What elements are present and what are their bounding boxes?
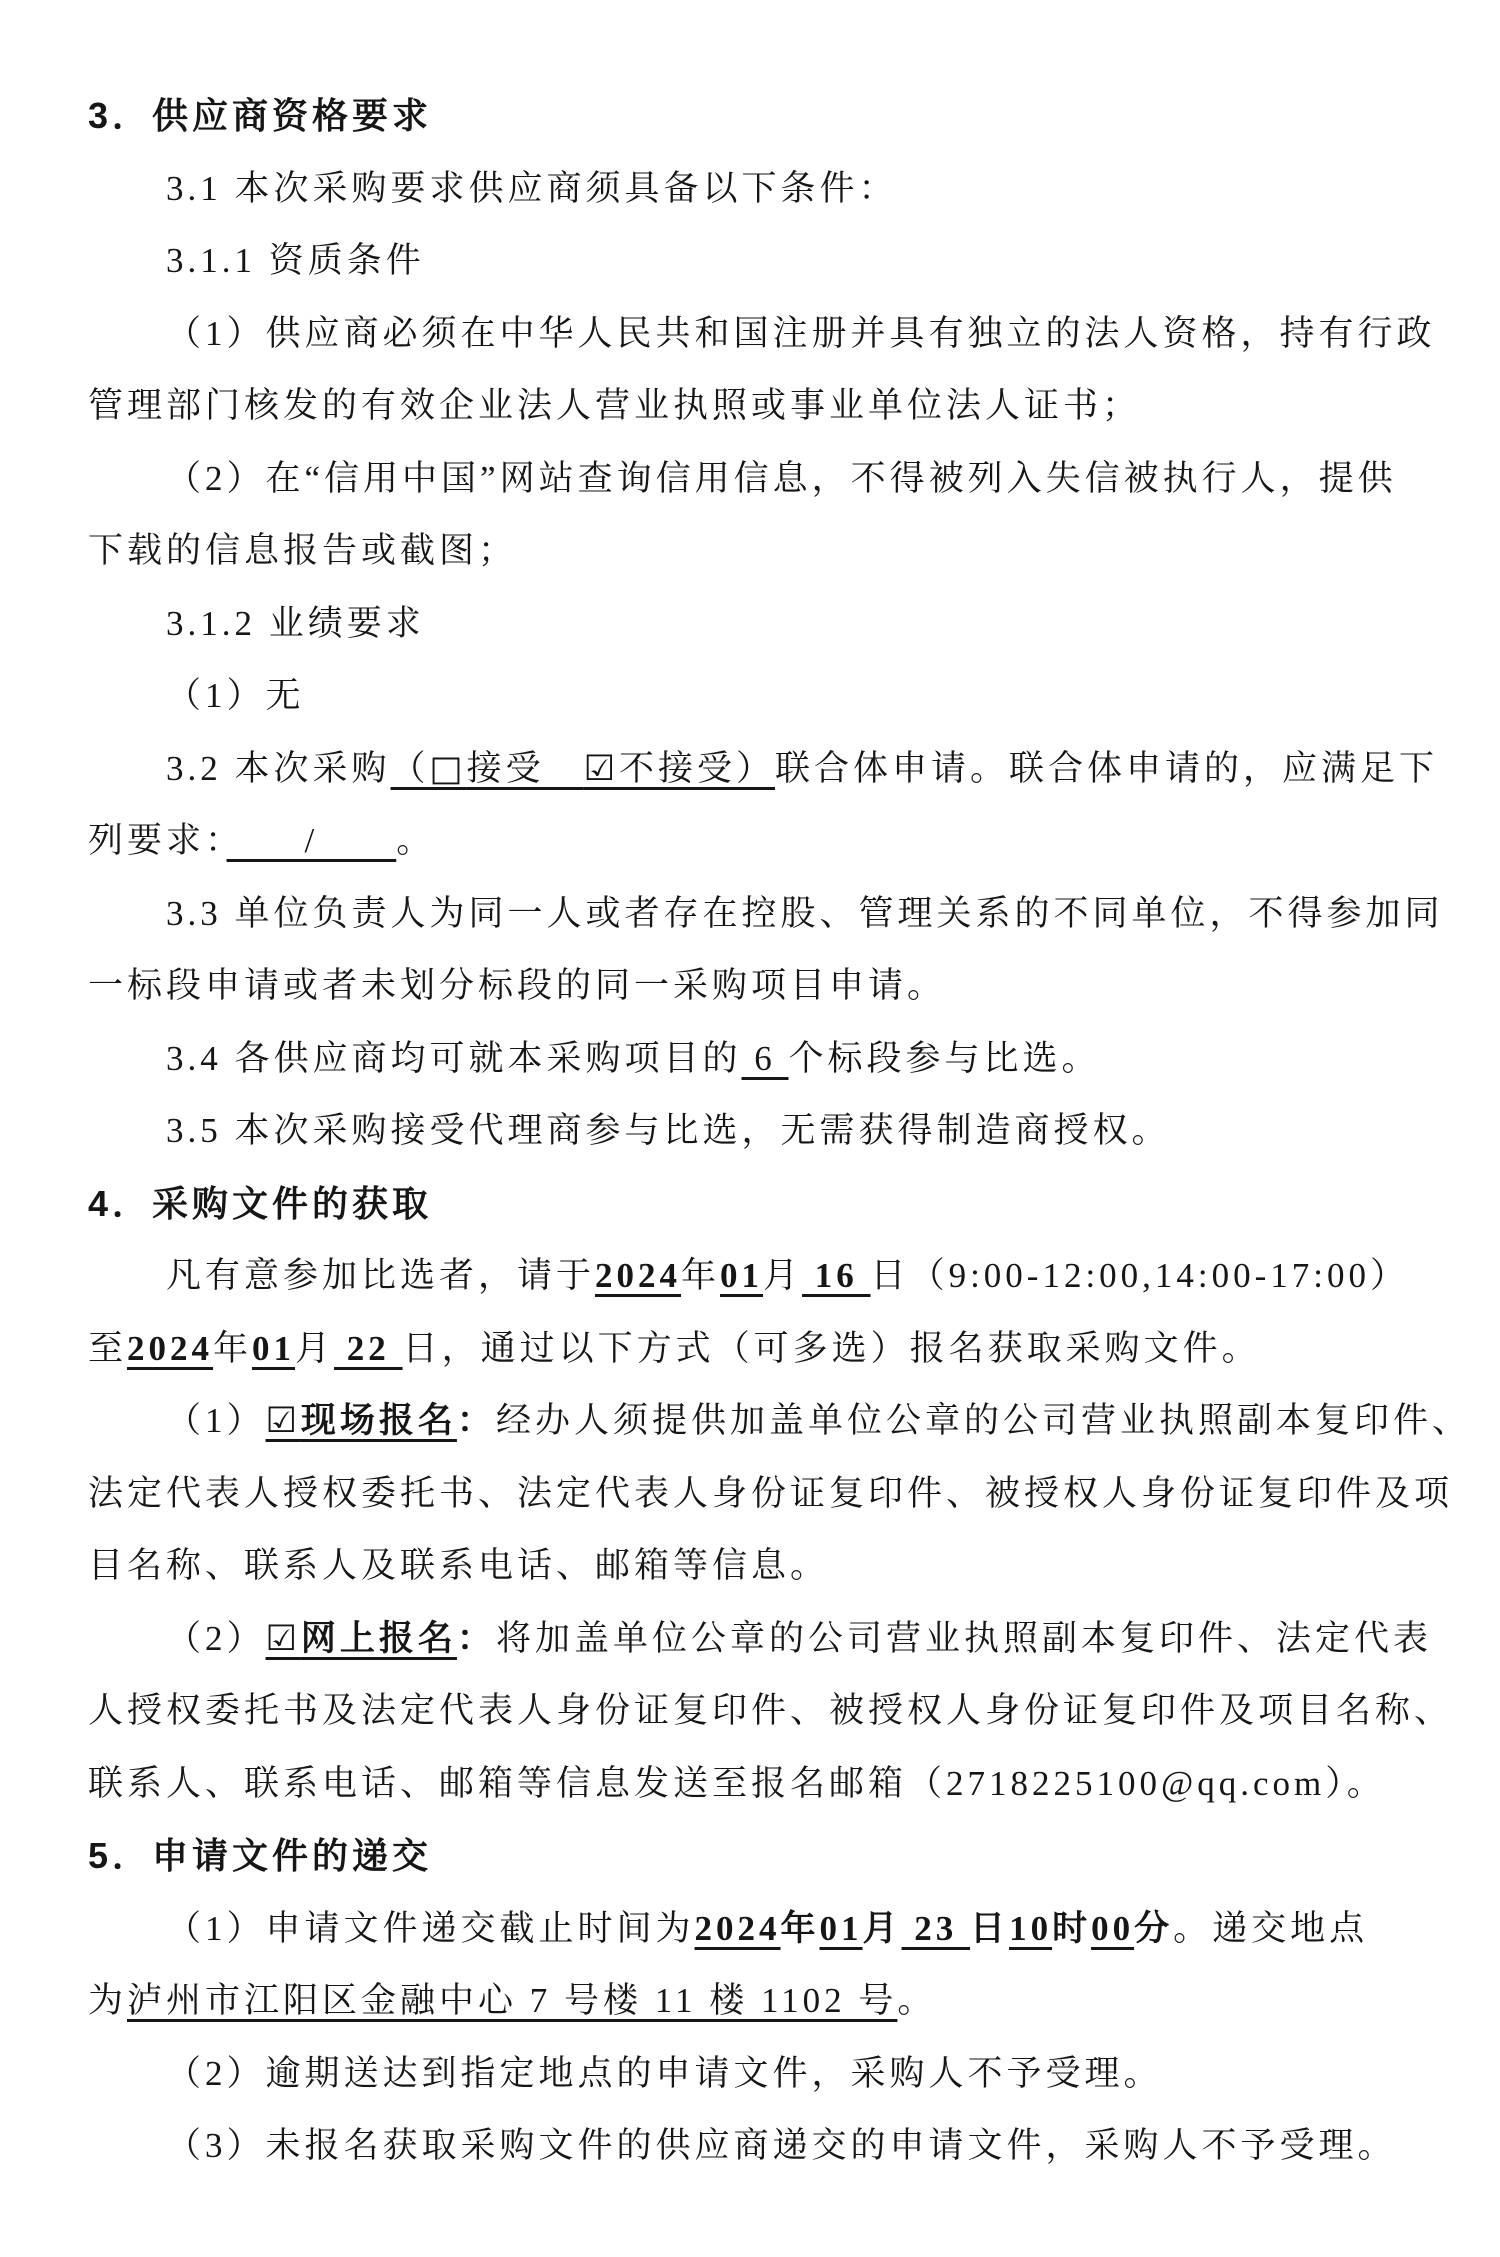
obtain-end-day-unit: 日 <box>403 1329 442 1368</box>
para-3-4-pre: 3.4 各供应商均可就本采购项目的 <box>166 1039 742 1078</box>
para-5-item2: （2）逾期送达到指定地点的申请文件，采购人不予受理。 <box>88 2038 1440 2111</box>
checkbox-unchecked-icon: □ <box>430 749 467 789</box>
deadline-day-unit: 日 <box>970 1909 1009 1948</box>
section-3-heading: 3．供应商资格要求 <box>88 80 1440 153</box>
para-5-item1-line2-pre: 为 <box>88 1981 127 2020</box>
para-4-item1-line1: （1）☑现场报名：经办人须提供加盖单位公章的公司营业执照副本复印件、 <box>88 1385 1440 1458</box>
obtain-start-month: 01 <box>720 1256 763 1295</box>
section-4-heading: 4．采购文件的获取 <box>88 1168 1440 1241</box>
checkbox-checked-icon: ☑ <box>266 1619 301 1659</box>
para-4-item2-rest: 将加盖单位公章的公司营业执照副本复印件、法定代表 <box>496 1619 1432 1658</box>
deadline-hour-unit: 时 <box>1052 1909 1091 1948</box>
section-5-heading: 5．申请文件的递交 <box>88 1820 1440 1893</box>
deadline-year: 2024 <box>695 1909 781 1948</box>
deadline-month: 01 <box>820 1909 863 1948</box>
deadline-day: 23 <box>902 1909 971 1948</box>
para-4-intro-pre: 凡有意参加比选者，请于 <box>166 1256 595 1295</box>
para-4-item2-num: （2） <box>166 1619 266 1658</box>
para-4-item1-line2: 法定代表人授权委托书、法定代表人身份证复印件、被授权人身份证复印件及项 <box>88 1458 1440 1531</box>
para-3-1-1-item2-line1: （2）在“信用中国”网站查询信用信息，不得被列入失信被执行人，提供 <box>88 443 1440 516</box>
obtain-start-day-unit: 日 <box>871 1256 910 1295</box>
para-3-2-text-pre: 3.2 本次采购 <box>166 749 391 788</box>
para-4-intro-to: 至 <box>88 1329 127 1368</box>
deadline-hour: 10 <box>1009 1909 1052 1948</box>
para-5-item1-mid: 。递交地点 <box>1173 1909 1368 1948</box>
online-registration-label: 网上报名 <box>301 1619 457 1658</box>
onsite-registration-label: 现场报名 <box>301 1401 457 1440</box>
blank-slash-field: / <box>227 821 397 860</box>
lot-count-value: 6 <box>742 1039 789 1078</box>
online-registration-option: ☑网上报名 <box>266 1619 457 1658</box>
para-3-2-text-post: 联合体申请。联合体申请的，应满足下 <box>775 749 1438 788</box>
para-3-3-line2: 一标段申请或者未划分标段的同一采购项目申请。 <box>88 950 1440 1023</box>
choice-accept-label: 接受 <box>467 749 584 788</box>
para-3-2-line1: 3.2 本次采购（□接受 ☑不接受）联合体申请。联合体申请的，应满足下 <box>88 733 1440 806</box>
checkbox-checked-icon: ☑ <box>266 1401 301 1441</box>
para-4-intro-line1: 凡有意参加比选者，请于2024年01月 16 日（9:00-12:00,14:0… <box>88 1240 1440 1313</box>
para-5-item1-line2: 为泸州市江阳区金融中心 7 号楼 11 楼 1102 号。 <box>88 1965 1440 2038</box>
para-3-5: 3.5 本次采购接受代理商参与比选，无需获得制造商授权。 <box>88 1095 1440 1168</box>
obtain-end-month-unit: 月 <box>295 1329 334 1368</box>
obtain-time-window: （9:00-12:00,14:00-17:00） <box>910 1256 1409 1295</box>
obtain-end-month: 01 <box>252 1329 295 1368</box>
para-3-4: 3.4 各供应商均可就本采购项目的 6 个标段参与比选。 <box>88 1023 1440 1096</box>
choice-reject-label: 不接受 <box>619 749 736 788</box>
para-3-1-2-item1: （1）无 <box>88 660 1440 733</box>
para-3-3-line1: 3.3 单位负责人为同一人或者存在控股、管理关系的不同单位，不得参加同 <box>88 878 1440 951</box>
para-3-1-2-title: 3.1.2 业绩要求 <box>88 588 1440 661</box>
online-registration-colon: ： <box>457 1619 496 1658</box>
para-4-item1-num: （1） <box>166 1401 266 1440</box>
para-4-item2-line2: 人授权委托书及法定代表人身份证复印件、被授权人身份证复印件及项目名称、 <box>88 1675 1440 1748</box>
obtain-start-month-unit: 月 <box>763 1256 802 1295</box>
para-3-2-line2-pre: 列要求： <box>88 821 227 860</box>
obtain-end-day: 22 <box>334 1329 403 1368</box>
para-4-item1-line3: 目名称、联系人及联系电话、邮箱等信息。 <box>88 1530 1440 1603</box>
obtain-start-year: 2024 <box>595 1256 681 1295</box>
para-5-item1-line2-end: 。 <box>897 1981 936 2020</box>
deadline-minute-unit: 分 <box>1134 1909 1173 1948</box>
obtain-start-year-unit: 年 <box>681 1256 720 1295</box>
submission-address: 泸州市江阳区金融中心 7 号楼 11 楼 1102 号 <box>127 1981 897 2020</box>
para-4-item1-rest: 经办人须提供加盖单位公章的公司营业执照副本复印件、 <box>496 1401 1471 1440</box>
para-5-item1-line1: （1）申请文件递交截止时间为2024年01月 23 日10时00分。递交地点 <box>88 1893 1440 1966</box>
onsite-registration-colon: ： <box>457 1401 496 1440</box>
obtain-end-year-unit: 年 <box>213 1329 252 1368</box>
obtain-end-year: 2024 <box>127 1329 213 1368</box>
deadline-minute: 00 <box>1091 1909 1134 1948</box>
deadline-month-unit: 月 <box>863 1909 902 1948</box>
para-4-intro-line2: 至2024年01月 22 日，通过以下方式（可多选）报名获取采购文件。 <box>88 1313 1440 1386</box>
para-5-item3: （3）未报名获取采购文件的供应商递交的申请文件，采购人不予受理。 <box>88 2110 1440 2183</box>
para-3-2-line2-end: 。 <box>396 821 435 860</box>
checkbox-checked-icon: ☑ <box>584 749 619 789</box>
joint-venture-choice: （□接受 ☑不接受） <box>391 749 776 788</box>
para-3-1-1-title: 3.1.1 资质条件 <box>88 225 1440 298</box>
para-4-item2-line3: 联系人、联系电话、邮箱等信息发送至报名邮箱（2718225100@qq.com）… <box>88 1748 1440 1821</box>
para-3-1-1-item1-line1: （1）供应商必须在中华人民共和国注册并具有独立的法人资格，持有行政 <box>88 298 1440 371</box>
para-3-1-1-item1-line2: 管理部门核发的有效企业法人营业执照或事业单位法人证书； <box>88 370 1440 443</box>
para-5-item1-pre: （1）申请文件递交截止时间为 <box>166 1909 695 1948</box>
document-page: 3．供应商资格要求 3.1 本次采购要求供应商须具备以下条件： 3.1.1 资质… <box>0 0 1500 2257</box>
para-3-1: 3.1 本次采购要求供应商须具备以下条件： <box>88 153 1440 226</box>
para-4-intro-post: ，通过以下方式（可多选）报名获取采购文件。 <box>442 1329 1261 1368</box>
onsite-registration-option: ☑现场报名 <box>266 1401 457 1440</box>
choice-close-paren: ） <box>736 749 775 788</box>
choice-open-paren: （ <box>391 749 430 788</box>
para-3-4-post: 个标段参与比选。 <box>789 1039 1101 1078</box>
para-4-item2-line1: （2）☑网上报名：将加盖单位公章的公司营业执照副本复印件、法定代表 <box>88 1603 1440 1676</box>
obtain-start-day: 16 <box>802 1256 871 1295</box>
para-3-2-line2: 列要求： / 。 <box>88 805 1440 878</box>
para-3-1-1-item2-line2: 下载的信息报告或截图； <box>88 515 1440 588</box>
deadline-year-unit: 年 <box>781 1909 820 1948</box>
